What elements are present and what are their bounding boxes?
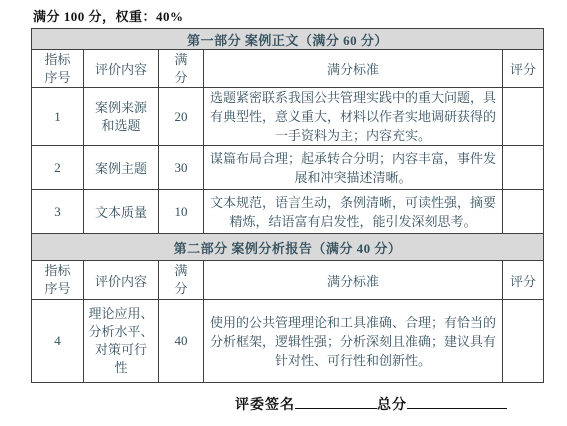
- header-score: 满 分: [159, 50, 204, 88]
- signature-total-line: 评委签名总分: [235, 394, 507, 414]
- row4-content: 理论应用、 分析水平、 对策可行 性: [84, 300, 159, 383]
- row3-standard: 文本规范，语言生动，条例清晰，可读性强，摘要精炼，结语富有启发性，能引发深刻思考…: [204, 190, 503, 234]
- row4-rating-cell: [503, 300, 544, 383]
- row2-rating-cell: [503, 146, 544, 190]
- total-score-blank: [407, 394, 507, 409]
- header-standard: 满分标准: [204, 50, 503, 88]
- section1-header-row: 第一部分 案例正文（满分 60 分）: [32, 29, 544, 50]
- header-index: 指标 序号: [32, 50, 84, 88]
- row1-score: 20: [159, 88, 204, 146]
- total-score-label: 总分: [377, 398, 407, 413]
- header-score: 满 分: [159, 261, 204, 300]
- table-row: 3 文本质量 10 文本规范，语言生动，条例清晰，可读性强，摘要精炼，结语富有启…: [32, 190, 544, 234]
- section2-title: 第二部分 案例分析报告（满分 40 分）: [32, 234, 544, 261]
- section1-title: 第一部分 案例正文（满分 60 分）: [32, 29, 544, 50]
- header-index: 指标 序号: [32, 261, 84, 300]
- judge-signature-label: 评委签名: [235, 398, 295, 413]
- row3-index: 3: [32, 190, 84, 234]
- row3-rating-cell: [503, 190, 544, 234]
- section2-header-row: 第二部分 案例分析报告（满分 40 分）: [32, 234, 544, 261]
- table-row: 1 案例来源 和选题 20 选题紧密联系我国公共管理实践中的重大问题，具有典型性…: [32, 88, 544, 146]
- column-header-row-1: 指标 序号 评价内容 满 分 满分标准 评分: [32, 50, 544, 88]
- header-rating: 评分: [503, 50, 544, 88]
- row4-score: 40: [159, 300, 204, 383]
- row3-content: 文本质量: [84, 190, 159, 234]
- row2-index: 2: [32, 146, 84, 190]
- column-header-row-2: 指标 序号 评价内容 满 分 满分标准 评分: [32, 261, 544, 300]
- table-row: 2 案例主题 30 谋篇布局合理；起承转合分明；内容丰富，事件发展和冲突描述清晰…: [32, 146, 544, 190]
- row1-standard: 选题紧密联系我国公共管理实践中的重大问题，具有典型性，意义重大，材料以作者实地调…: [204, 88, 503, 146]
- row1-content: 案例来源 和选题: [84, 88, 159, 146]
- row2-standard: 谋篇布局合理；起承转合分明；内容丰富，事件发展和冲突描述清晰。: [204, 146, 503, 190]
- document-page: 满分 100 分，权重：40% 第一部分 案例正文（满分 60 分） 指标 序号…: [0, 0, 567, 426]
- header-content: 评价内容: [84, 50, 159, 88]
- header-rating: 评分: [503, 261, 544, 300]
- evaluation-rubric-table: 第一部分 案例正文（满分 60 分） 指标 序号 评价内容 满 分 满分标准 评…: [31, 28, 544, 383]
- row3-score: 10: [159, 190, 204, 234]
- row2-score: 30: [159, 146, 204, 190]
- signature-blank: [295, 394, 377, 409]
- score-weight-note: 满分 100 分，权重：40%: [33, 6, 184, 25]
- row4-standard: 使用的公共管理理论和工具准确、合理；有恰当的分析框架，逻辑性强；分析深刻且准确；…: [204, 300, 503, 383]
- row2-content: 案例主题: [84, 146, 159, 190]
- header-standard: 满分标准: [204, 261, 503, 300]
- table-row: 4 理论应用、 分析水平、 对策可行 性 40 使用的公共管理理论和工具准确、合…: [32, 300, 544, 383]
- row4-index: 4: [32, 300, 84, 383]
- row1-index: 1: [32, 88, 84, 146]
- header-content: 评价内容: [84, 261, 159, 300]
- row1-rating-cell: [503, 88, 544, 146]
